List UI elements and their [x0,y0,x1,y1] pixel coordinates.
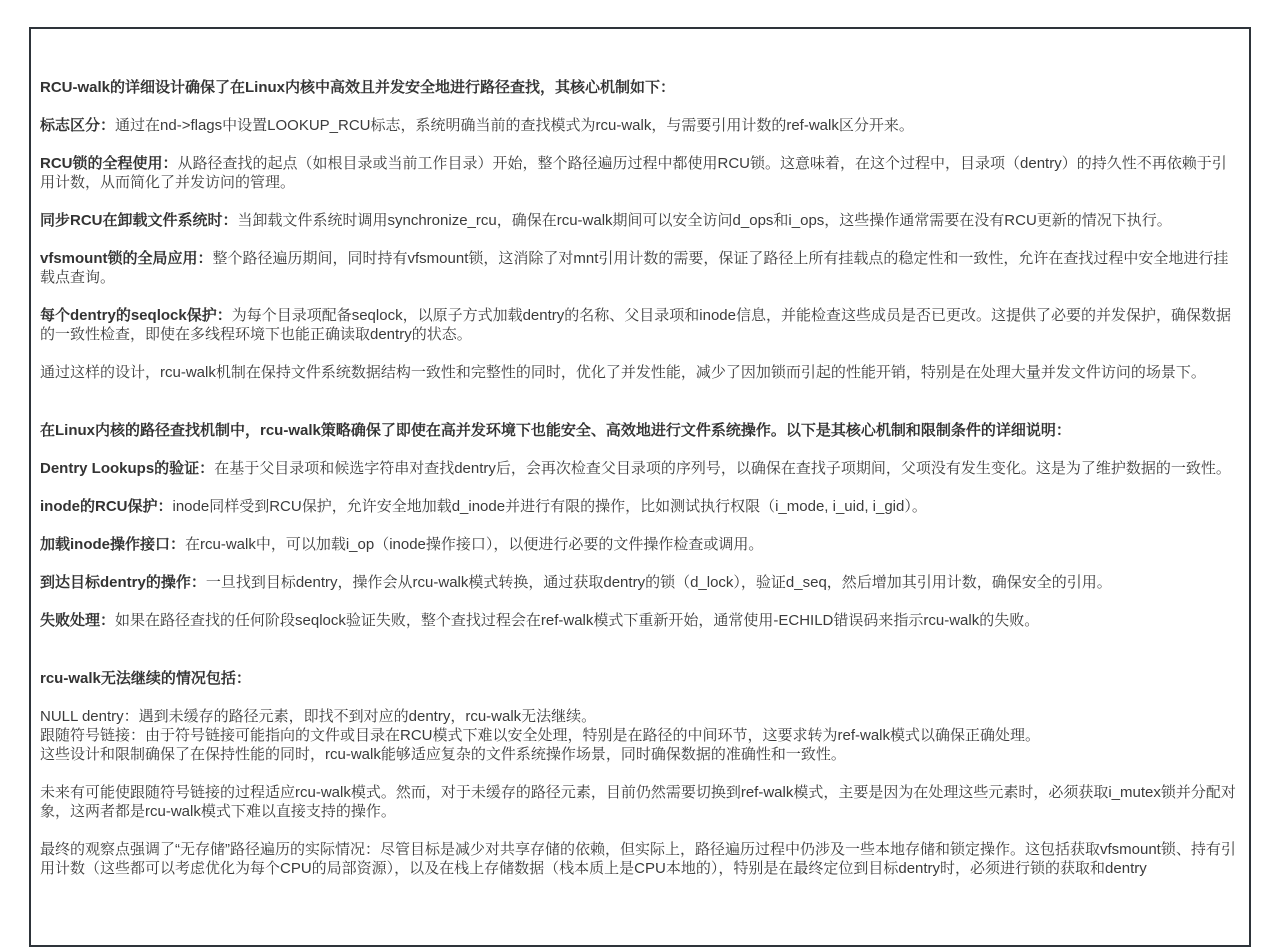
para-vfsmount-lock-lead: vfsmount锁的全局应用： [40,250,213,267]
para-dentry-lookups-validation: Dentry Lookups的验证：在基于父目录项和候选字符串对查找dentry… [40,459,1240,478]
para-dentry-seqlock: 每个dentry的seqlock保护：为每个目录项配备seqlock，以原子方式… [40,306,1240,344]
para-intro-core-mechanisms: RCU-walk的详细设计确保了在Linux内核中高效且并发安全地进行路径查找，… [40,78,1240,97]
line-follow-symlink: 跟随符号链接：由于符号链接可能指向的文件或目录在RCU模式下难以安全处理，特别是… [40,726,1240,745]
para-load-inode-ops-body: 在rcu-walk中，可以加载i_op（inode操作接口），以便进行必要的文件… [185,536,763,553]
para-final-observation: 最终的观察点强调了“无存储”路径遍历的实际情况：尽管目标是减少对共享存储的依赖，… [40,840,1240,878]
para-sync-rcu-unmount-lead: 同步RCU在卸载文件系统时： [40,212,238,229]
para-vfsmount-lock: vfsmount锁的全局应用：整个路径遍历期间，同时持有vfsmount锁，这消… [40,249,1240,287]
para-future-symlink: 未来有可能使跟随符号链接的过程适应rcu-walk模式。然而，对于未缓存的路径元… [40,783,1240,821]
para-dentry-lookups-validation-lead: Dentry Lookups的验证： [40,460,214,477]
line-design-limits-summary: 这些设计和限制确保了在保持性能的同时，rcu-walk能够适应复杂的文件系统操作… [40,745,1240,764]
para-failure-handling-lead: 失败处理： [40,612,115,629]
para-load-inode-ops: 加载inode操作接口：在rcu-walk中，可以加载i_op（inode操作接… [40,535,1240,554]
para-sync-rcu-unmount: 同步RCU在卸载文件系统时：当卸载文件系统时调用synchronize_rcu，… [40,211,1240,230]
para-target-dentry-operation-body: 一旦找到目标dentry，操作会从rcu-walk模式转换，通过获取dentry… [206,574,1112,591]
para-failure-handling: 失败处理：如果在路径查找的任何阶段seqlock验证失败，整个查找过程会在ref… [40,611,1240,630]
para-sync-rcu-unmount-body: 当卸载文件系统时调用synchronize_rcu，确保在rcu-walk期间可… [238,212,1172,229]
para-rcu-lock-usage: RCU锁的全程使用：从路径查找的起点（如根目录或当前工作目录）开始，整个路径遍历… [40,154,1240,192]
para-vfsmount-lock-body: 整个路径遍历期间，同时持有vfsmount锁，这消除了对mnt引用计数的需要，保… [40,250,1228,286]
para-rcu-lock-usage-lead: RCU锁的全程使用： [40,155,178,172]
para-target-dentry-operation: 到达目标dentry的操作：一旦找到目标dentry，操作会从rcu-walk模… [40,573,1240,592]
para-flag-distinction: 标志区分：通过在nd->flags中设置LOOKUP_RCU标志，系统明确当前的… [40,116,1240,135]
line-null-dentry: NULL dentry：遇到未缓存的路径元素，即找不到对应的dentry，rcu… [40,707,1240,726]
para-target-dentry-operation-lead: 到达目标dentry的操作： [40,574,206,591]
document-page: RCU-walk的详细设计确保了在Linux内核中高效且并发安全地进行路径查找，… [29,27,1251,880]
para-inode-rcu-protection-lead: inode的RCU保护： [40,498,173,515]
para-cannot-continue-heading: rcu-walk无法继续的情况包括： [40,669,1240,688]
para-rcu-lock-usage-body: 从路径查找的起点（如根目录或当前工作目录）开始，整个路径遍历过程中都使用RCU锁… [40,155,1227,191]
para-cannot-continue-cases: NULL dentry：遇到未缓存的路径元素，即找不到对应的dentry，rcu… [40,707,1240,764]
para-load-inode-ops-lead: 加载inode操作接口： [40,536,185,553]
para-flag-distinction-lead: 标志区分： [40,117,115,134]
para-inode-rcu-protection: inode的RCU保护：inode同样受到RCU保护，允许安全地加载d_inod… [40,497,1240,516]
para-dentry-lookups-validation-body: 在基于父目录项和候选字符串对查找dentry后，会再次检查父目录项的序列号，以确… [214,460,1231,477]
para-failure-handling-body: 如果在路径查找的任何阶段seqlock验证失败，整个查找过程会在ref-walk… [115,612,1039,629]
para-section2-heading: 在Linux内核的路径查找机制中，rcu-walk策略确保了即使在高并发环境下也… [40,421,1240,440]
para-dentry-seqlock-lead: 每个dentry的seqlock保护： [40,307,232,324]
para-design-summary: 通过这样的设计，rcu-walk机制在保持文件系统数据结构一致性和完整性的同时，… [40,363,1240,382]
para-inode-rcu-protection-body: inode同样受到RCU保护，允许安全地加载d_inode并进行有限的操作，比如… [173,498,927,515]
para-flag-distinction-body: 通过在nd->flags中设置LOOKUP_RCU标志，系统明确当前的查找模式为… [115,117,914,134]
